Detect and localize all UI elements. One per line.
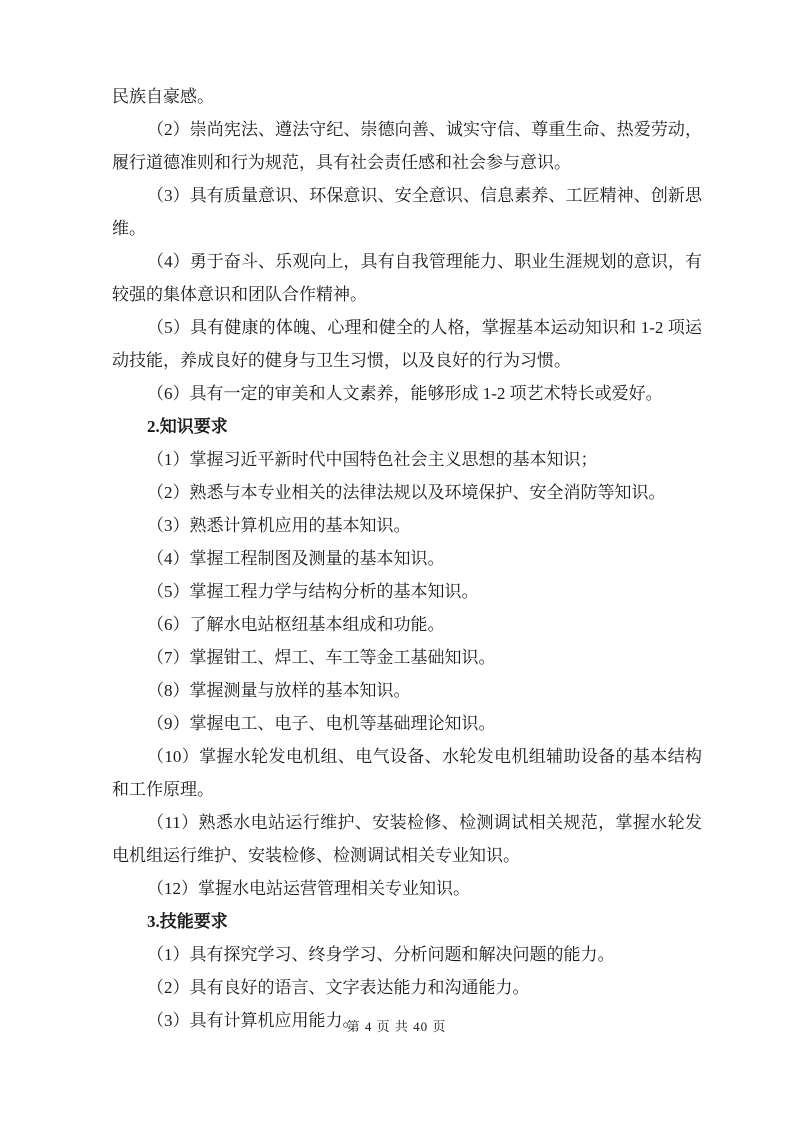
paragraph: （1）具有探究学习、终身学习、分析问题和解决问题的能力。: [112, 938, 702, 971]
paragraph: （2）熟悉与本专业相关的法律法规以及环境保护、安全消防等知识。: [112, 476, 702, 509]
paragraph: 民族自豪感。: [112, 80, 702, 113]
paragraph: （7）掌握钳工、焊工、车工等金工基础知识。: [112, 641, 702, 674]
document-page: 民族自豪感。 （2）崇尚宪法、遵法守纪、崇德向善、诚实守信、尊重生命、热爱劳动，…: [0, 0, 793, 1122]
paragraph: （8）掌握测量与放样的基本知识。: [112, 674, 702, 707]
paragraph: （9）掌握电工、电子、电机等基础理论知识。: [112, 707, 702, 740]
paragraph: （12）掌握水电站运营管理相关专业知识。: [112, 872, 702, 905]
paragraph: （6）了解水电站枢纽基本组成和功能。: [112, 608, 702, 641]
paragraph: （3）熟悉计算机应用的基本知识。: [112, 509, 702, 542]
paragraph: （4）勇于奋斗、乐观向上，具有自我管理能力、职业生涯规划的意识，有较强的集体意识…: [112, 245, 702, 311]
document-body: 民族自豪感。 （2）崇尚宪法、遵法守纪、崇德向善、诚实守信、尊重生命、热爱劳动，…: [112, 80, 702, 1037]
paragraph: （10）掌握水轮发电机组、电气设备、水轮发电机组辅助设备的基本结构和工作原理。: [112, 740, 702, 806]
section-heading-knowledge: 2.知识要求: [112, 410, 702, 443]
paragraph: （2）崇尚宪法、遵法守纪、崇德向善、诚实守信、尊重生命、热爱劳动，履行道德准则和…: [112, 113, 702, 179]
paragraph: （4）掌握工程制图及测量的基本知识。: [112, 542, 702, 575]
page-number-footer: 第 4 页 共 40 页: [0, 1016, 793, 1035]
paragraph: （11）熟悉水电站运行维护、安装检修、检测调试相关规范，掌握水轮发电机组运行维护…: [112, 806, 702, 872]
paragraph: （2）具有良好的语言、文字表达能力和沟通能力。: [112, 971, 702, 1004]
paragraph: （5）掌握工程力学与结构分析的基本知识。: [112, 575, 702, 608]
section-heading-skills: 3.技能要求: [112, 905, 702, 938]
paragraph: （5）具有健康的体魄、心理和健全的人格，掌握基本运动知识和 1-2 项运动技能，…: [112, 311, 702, 377]
paragraph: （1）掌握习近平新时代中国特色社会主义思想的基本知识；: [112, 443, 702, 476]
paragraph: （6）具有一定的审美和人文素养，能够形成 1-2 项艺术特长或爱好。: [112, 377, 702, 410]
paragraph: （3）具有质量意识、环保意识、安全意识、信息素养、工匠精神、创新思维。: [112, 179, 702, 245]
